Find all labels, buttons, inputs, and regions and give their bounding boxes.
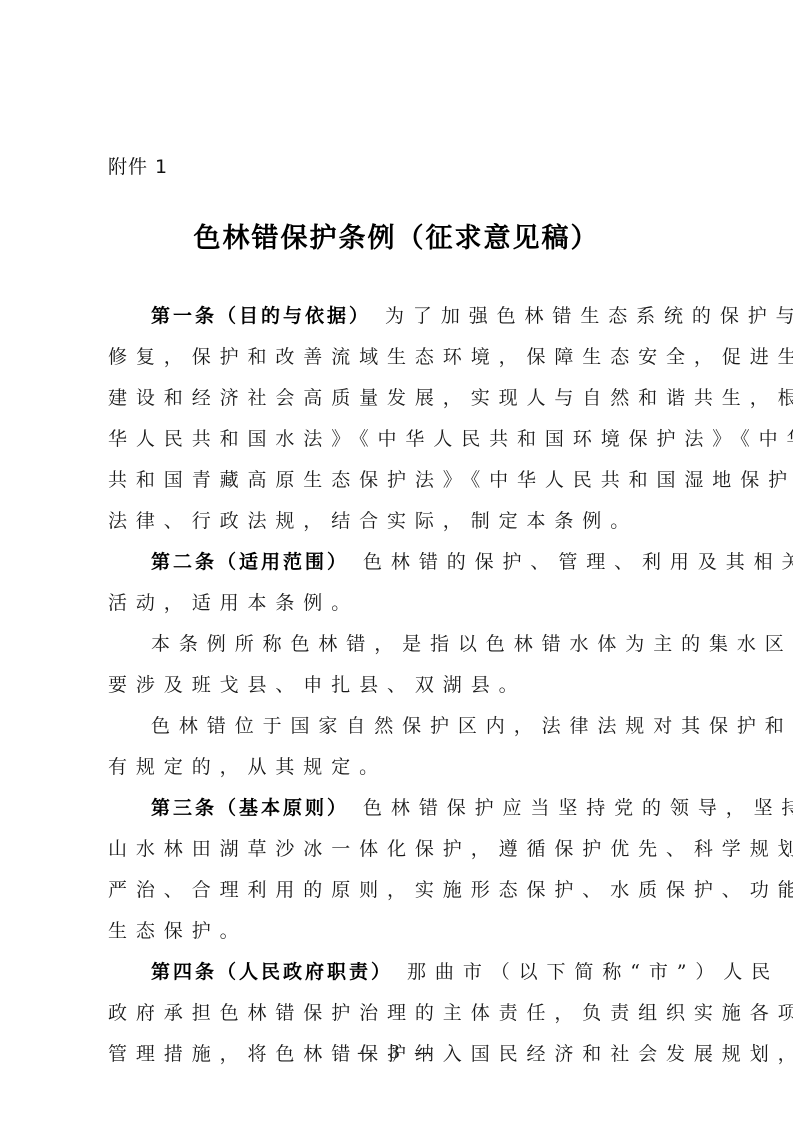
body-line: 华人民共和国水法》《中华人民共和国环境保护法》《中华人民 bbox=[108, 419, 698, 460]
attachment-label: 附件 1 bbox=[108, 152, 168, 179]
article-2-paragraph-2-line-1: 本条例所称色林错，是指以色林错水体为主的集水区域，主 bbox=[108, 624, 698, 665]
body-line: 政府承担色林错保护治理的主体责任，负责组织实施各项保护和 bbox=[108, 993, 698, 1034]
article-3-heading: 第三条（基本原则） bbox=[151, 797, 349, 819]
article-4-line-1: 第四条（人民政府职责）那曲市（以下简称“市”）人民 bbox=[108, 952, 698, 993]
document-page: 附件 1 色林错保护条例（征求意见稿） 第一条（目的与依据）为了加强色林错生态系… bbox=[0, 0, 793, 1122]
body-line: 建设和经济社会高质量发展，实现人与自然和谐共生，根据《中 bbox=[108, 378, 698, 419]
article-2-line-1: 第二条（适用范围）色林错的保护、管理、利用及其相关 bbox=[108, 542, 698, 583]
article-3-text: 色林错保护应当坚持党的领导，坚持 bbox=[363, 797, 793, 819]
body-line: 严治、合理利用的原则，实施形态保护、水质保护、功能保护、 bbox=[108, 870, 698, 911]
document-title: 色林错保护条例（征求意见稿） bbox=[0, 216, 793, 255]
article-1-heading: 第一条（目的与依据） bbox=[151, 305, 371, 327]
article-1-text: 为了加强色林错生态系统的保护与 bbox=[385, 305, 793, 327]
article-1-line-1: 第一条（目的与依据）为了加强色林错生态系统的保护与 bbox=[108, 296, 698, 337]
article-4-text: 那曲市（以下简称“市”）人民 bbox=[407, 961, 779, 983]
article-2-text: 色林错的保护、管理、利用及其相关 bbox=[363, 551, 793, 573]
document-body: 第一条（目的与依据）为了加强色林错生态系统的保护与 修复，保护和改善流域生态环境… bbox=[108, 296, 698, 1075]
body-line: 要涉及班戈县、申扎县、双湖县。 bbox=[108, 665, 698, 706]
article-2-heading: 第二条（适用范围） bbox=[151, 551, 349, 573]
body-line: 有规定的，从其规定。 bbox=[108, 747, 698, 788]
body-line: 修复，保护和改善流域生态环境，保障生态安全，促进生态文明 bbox=[108, 337, 698, 378]
article-3-line-1: 第三条（基本原则）色林错保护应当坚持党的领导，坚持 bbox=[108, 788, 698, 829]
body-line: 生态保护。 bbox=[108, 911, 698, 952]
body-line: 共和国青藏高原生态保护法》《中华人民共和国湿地保护法》等 bbox=[108, 460, 698, 501]
article-2-paragraph-3-line-1: 色林错位于国家自然保护区内，法律法规对其保护和管理已 bbox=[108, 706, 698, 747]
body-line: 法律、行政法规，结合实际，制定本条例。 bbox=[108, 501, 698, 542]
article-4-heading: 第四条（人民政府职责） bbox=[151, 961, 393, 983]
page-number: — 3 — bbox=[0, 1042, 793, 1063]
body-line: 山水林田湖草沙冰一体化保护，遵循保护优先、科学规划、严防 bbox=[108, 829, 698, 870]
body-line: 活动，适用本条例。 bbox=[108, 583, 698, 624]
